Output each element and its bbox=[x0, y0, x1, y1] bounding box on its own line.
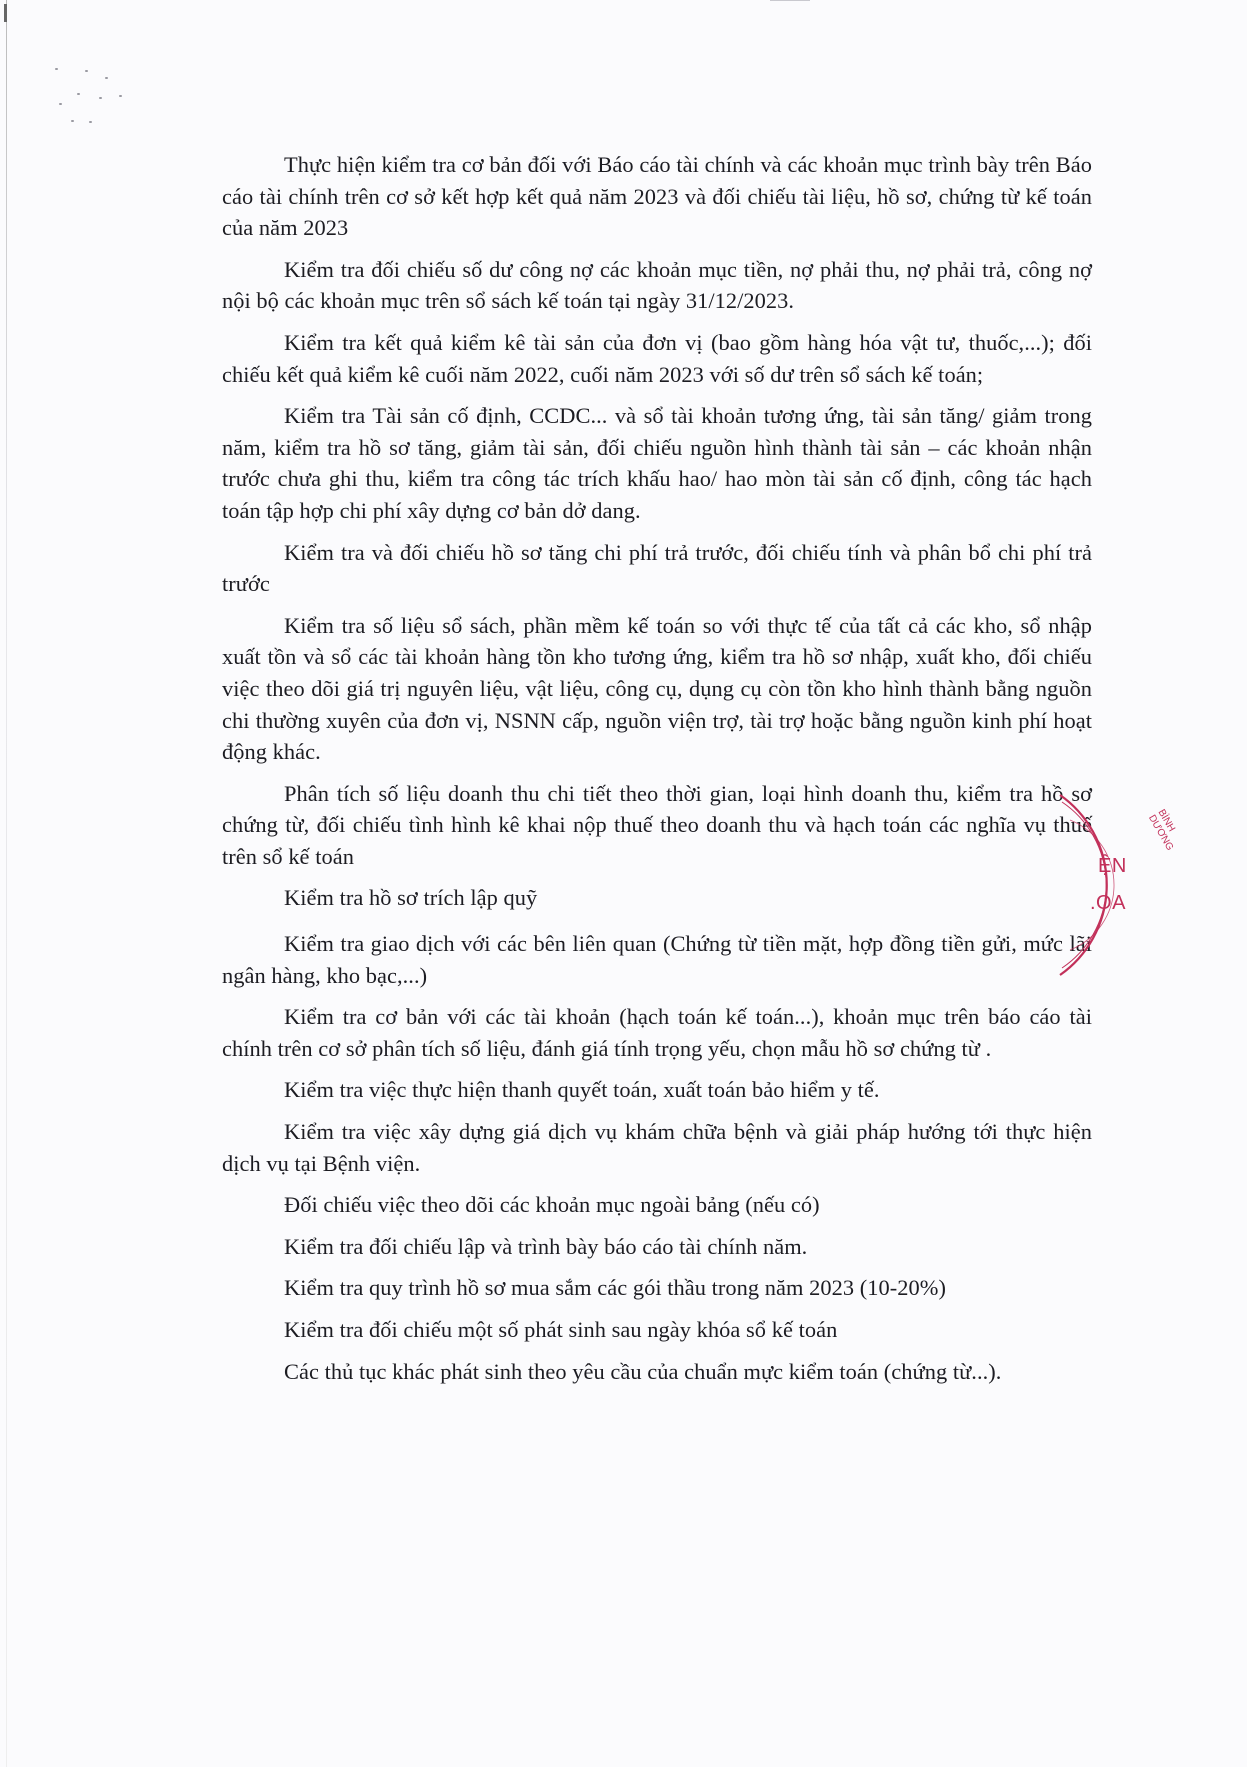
paragraph: Kiểm tra quy trình hồ sơ mua sắm các gói… bbox=[222, 1272, 1092, 1304]
scan-edge-line bbox=[6, 0, 7, 1767]
paragraph: Kiểm tra việc thực hiện thanh quyết toán… bbox=[222, 1074, 1092, 1106]
scan-edge-mark bbox=[4, 4, 7, 22]
paragraph: Kiểm tra và đối chiếu hồ sơ tăng chi phí… bbox=[222, 537, 1092, 600]
paragraph: Kiểm tra cơ bản với các tài khoản (hạch … bbox=[222, 1001, 1092, 1064]
scan-top-mark bbox=[770, 0, 810, 1]
paragraph: Phân tích số liệu doanh thu chi tiết the… bbox=[222, 778, 1092, 873]
paragraph: Kiểm tra đối chiếu lập và trình bày báo … bbox=[222, 1231, 1092, 1263]
stamp-text-line1: ỆN bbox=[1098, 855, 1127, 878]
scan-smudge bbox=[55, 65, 135, 125]
paragraph: Các thủ tục khác phát sinh theo yêu cầu … bbox=[222, 1356, 1092, 1388]
document-body: Thực hiện kiểm tra cơ bản đối với Báo cá… bbox=[222, 149, 1092, 1397]
official-stamp: ỆN .OA BÌNH DƯƠNG bbox=[1040, 790, 1190, 980]
paragraph: Đối chiếu việc theo dõi các khoản mục ng… bbox=[222, 1189, 1092, 1221]
paragraph: Kiểm tra giao dịch với các bên liên quan… bbox=[222, 928, 1092, 991]
paragraph: Thực hiện kiểm tra cơ bản đối với Báo cá… bbox=[222, 149, 1092, 244]
paragraph: Kiểm tra hồ sơ trích lập quỹ bbox=[222, 882, 1092, 914]
paragraph: Kiểm tra Tài sản cố định, CCDC... và sổ … bbox=[222, 400, 1092, 526]
paragraph: Kiểm tra đối chiếu một số phát sinh sau … bbox=[222, 1314, 1092, 1346]
paragraph: Kiểm tra số liệu sổ sách, phần mềm kế to… bbox=[222, 610, 1092, 768]
paragraph: Kiểm tra đối chiếu số dư công nợ các kho… bbox=[222, 254, 1092, 317]
paragraph: Kiểm tra việc xây dựng giá dịch vụ khám … bbox=[222, 1116, 1092, 1179]
stamp-text-line2: .OA bbox=[1090, 892, 1126, 915]
paragraph: Kiểm tra kết quả kiểm kê tài sản của đơn… bbox=[222, 327, 1092, 390]
